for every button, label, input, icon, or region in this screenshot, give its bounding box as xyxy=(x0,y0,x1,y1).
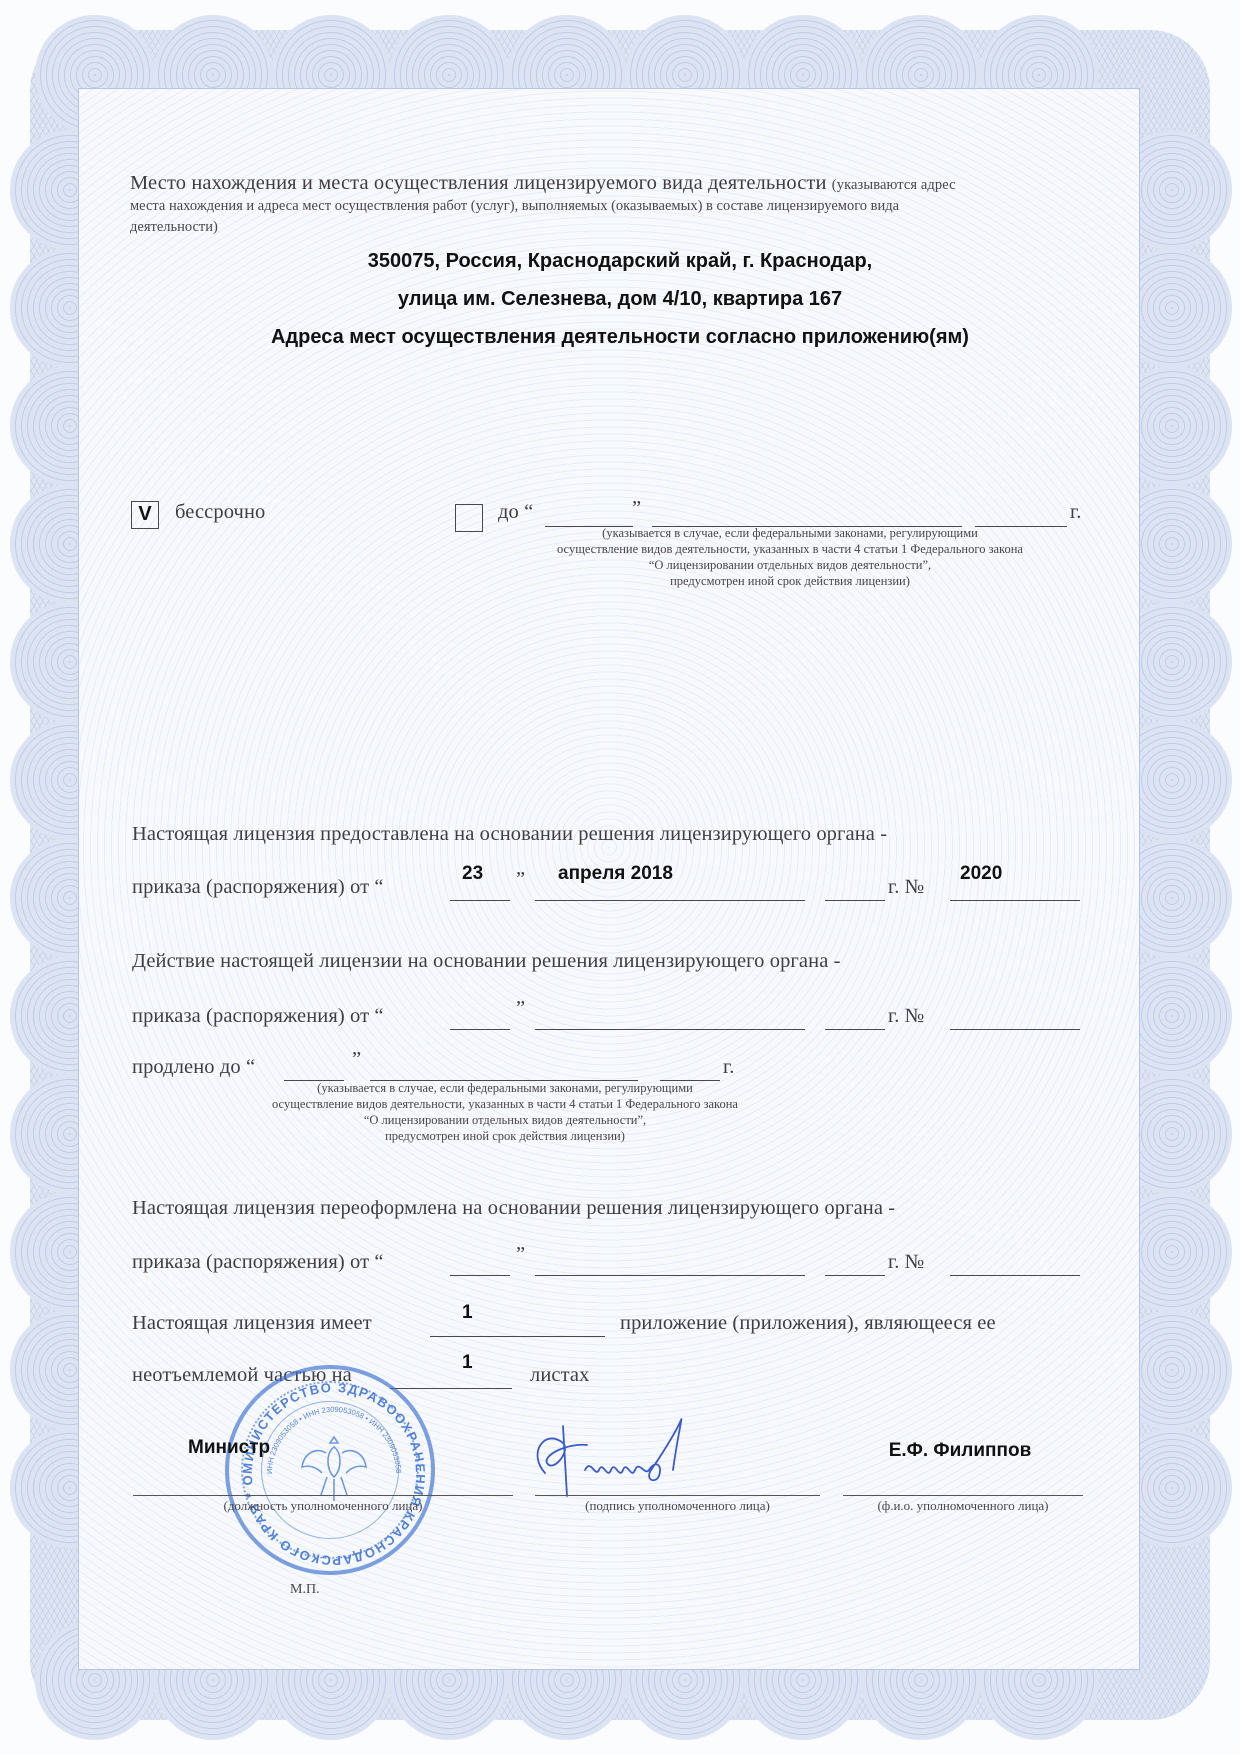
extended-note-line: “О лицензировании отдельных видов деятел… xyxy=(190,1112,820,1128)
seal-inn-text: ИНН 2309053058 • ИНН 2309053058 • ИНН 23… xyxy=(265,1405,403,1474)
granted-day-field[interactable] xyxy=(450,900,510,901)
handwritten-signature xyxy=(525,1418,775,1503)
location-heading-title: Место нахождения и места осуществления л… xyxy=(130,172,827,194)
reissued-order-label: приказа (распоряжения) от “ xyxy=(132,1251,384,1274)
extended-order-label: приказа (распоряжения) от “ xyxy=(132,1005,384,1028)
order-label-text: приказа (распоряжения) от xyxy=(132,876,369,898)
appendix-count-field[interactable] xyxy=(430,1336,605,1337)
extended-day-field[interactable] xyxy=(450,1029,510,1030)
close-quote: ” xyxy=(516,1243,525,1266)
close-quote: ” xyxy=(352,1048,361,1071)
term-note-line: “О лицензировании отдельных видов деятел… xyxy=(500,557,1080,573)
term-note-line: осуществление видов деятельности, указан… xyxy=(500,541,1080,557)
term-note: (указывается в случае, если федеральными… xyxy=(500,525,1080,589)
until-text: до xyxy=(498,501,519,523)
granted-line: Настоящая лицензия предоставлена на осно… xyxy=(132,823,887,846)
reissued-line: Настоящая лицензия переоформлена на осно… xyxy=(132,1197,895,1220)
order-label-text: приказа (распоряжения) от xyxy=(132,1251,369,1273)
until-label-text: продлено до xyxy=(132,1056,241,1078)
until-checkbox[interactable] xyxy=(455,504,483,532)
svg-text:ИНН 2309053058 • ИНН 230905305: ИНН 2309053058 • ИНН 2309053058 • ИНН 23… xyxy=(265,1405,403,1474)
unlimited-checkbox[interactable]: V xyxy=(131,501,159,529)
extended-number-field[interactable] xyxy=(950,1029,1080,1030)
location-heading-note-3: деятельности) xyxy=(130,219,218,236)
position-line xyxy=(133,1495,513,1496)
granted-day: 23 xyxy=(462,863,483,885)
reissued-number-field[interactable] xyxy=(950,1275,1080,1276)
reissued-month-field[interactable] xyxy=(535,1275,805,1276)
granted-number-label: г. № xyxy=(888,876,924,899)
granted-month-year: апреля 2018 xyxy=(558,863,673,885)
granted-year-field[interactable] xyxy=(825,900,885,901)
unlimited-label: бессрочно xyxy=(175,501,265,524)
signature-caption: (подпись уполномоченного лица) xyxy=(535,1498,820,1514)
term-note-line: предусмотрен иной срок действия лицензии… xyxy=(500,573,1080,589)
granted-number: 2020 xyxy=(960,863,1002,885)
extended-until-label: продлено до “ xyxy=(132,1056,255,1079)
appendix-sheets: 1 xyxy=(462,1352,473,1374)
extended-line: Действие настоящей лицензии на основании… xyxy=(132,950,841,973)
address-line-3: Адреса мест осуществления деятельности с… xyxy=(0,326,1240,349)
reissued-day-field[interactable] xyxy=(450,1275,510,1276)
name-line xyxy=(843,1495,1083,1496)
appendix-count: 1 xyxy=(462,1302,473,1324)
official-seal: МИНИСТЕРСТВО ЗДРАВООХРАНЕНИЯ КРАСНОДАРСК… xyxy=(225,1365,435,1575)
extended-note-line: осуществление видов деятельности, указан… xyxy=(190,1096,820,1112)
svg-text:МИНИСТЕРСТВО ЗДРАВООХРАНЕНИЯ К: МИНИСТЕРСТВО ЗДРАВООХРАНЕНИЯ КРАСНОДАРСК… xyxy=(229,1369,428,1568)
granted-number-field[interactable] xyxy=(950,900,1080,901)
open-quote: “ xyxy=(524,501,533,523)
extended-year-field[interactable] xyxy=(825,1029,885,1030)
extended-note: (указывается в случае, если федеральными… xyxy=(190,1080,820,1144)
location-heading: Место нахождения и места осуществления л… xyxy=(130,172,956,195)
term-note-line: (указывается в случае, если федеральными… xyxy=(500,525,1080,541)
seal-outer-text: МИНИСТЕРСТВО ЗДРАВООХРАНЕНИЯ КРАСНОДАРСК… xyxy=(229,1369,428,1568)
address-line-1: 350075, Россия, Краснодарский край, г. К… xyxy=(0,250,1240,273)
extended-until-suffix: г. xyxy=(723,1056,734,1079)
extended-note-line: (указывается в случае, если федеральными… xyxy=(190,1080,820,1096)
signatory-name: Е.Ф. Филиппов xyxy=(840,1440,1080,1462)
reissued-year-field[interactable] xyxy=(825,1275,885,1276)
seal-ring-text: МИНИСТЕРСТВО ЗДРАВООХРАНЕНИЯ КРАСНОДАРСК… xyxy=(229,1369,439,1579)
until-year-suffix: г. xyxy=(1070,501,1081,524)
signature-line xyxy=(535,1495,820,1496)
close-quote: ” xyxy=(516,997,525,1020)
eagle-emblem-icon xyxy=(299,1429,369,1509)
address-line-2: улица им. Селезнева, дом 4/10, квартира … xyxy=(0,288,1240,311)
order-label-text: приказа (распоряжения) от xyxy=(132,1005,369,1027)
close-quote: ” xyxy=(516,868,525,891)
appendix-sheets-suffix: листах xyxy=(530,1364,589,1387)
extended-number-label: г. № xyxy=(888,1005,924,1028)
signatory-position: Министр xyxy=(188,1437,270,1459)
close-quote: ” xyxy=(632,497,641,520)
extended-month-field[interactable] xyxy=(535,1029,805,1030)
until-label: до “ xyxy=(498,501,533,524)
location-heading-note: (указываются адрес xyxy=(832,177,956,193)
granted-month-field[interactable] xyxy=(535,900,805,901)
extended-note-line: предусмотрен иной срок действия лицензии… xyxy=(190,1128,820,1144)
seal-place-label: М.П. xyxy=(290,1582,320,1598)
name-caption: (ф.и.о. уполномоченного лица) xyxy=(843,1498,1083,1514)
reissued-number-label: г. № xyxy=(888,1251,924,1274)
position-caption: (должность уполномоченного лица) xyxy=(133,1498,513,1514)
appendix-has-label: Настоящая лицензия имеет xyxy=(132,1312,372,1335)
appendix-count-suffix: приложение (приложения), являющееся ее xyxy=(620,1312,996,1335)
location-heading-note-2: места нахождения и адреса мест осуществл… xyxy=(130,198,899,215)
granted-order-label: приказа (распоряжения) от “ xyxy=(132,876,384,899)
